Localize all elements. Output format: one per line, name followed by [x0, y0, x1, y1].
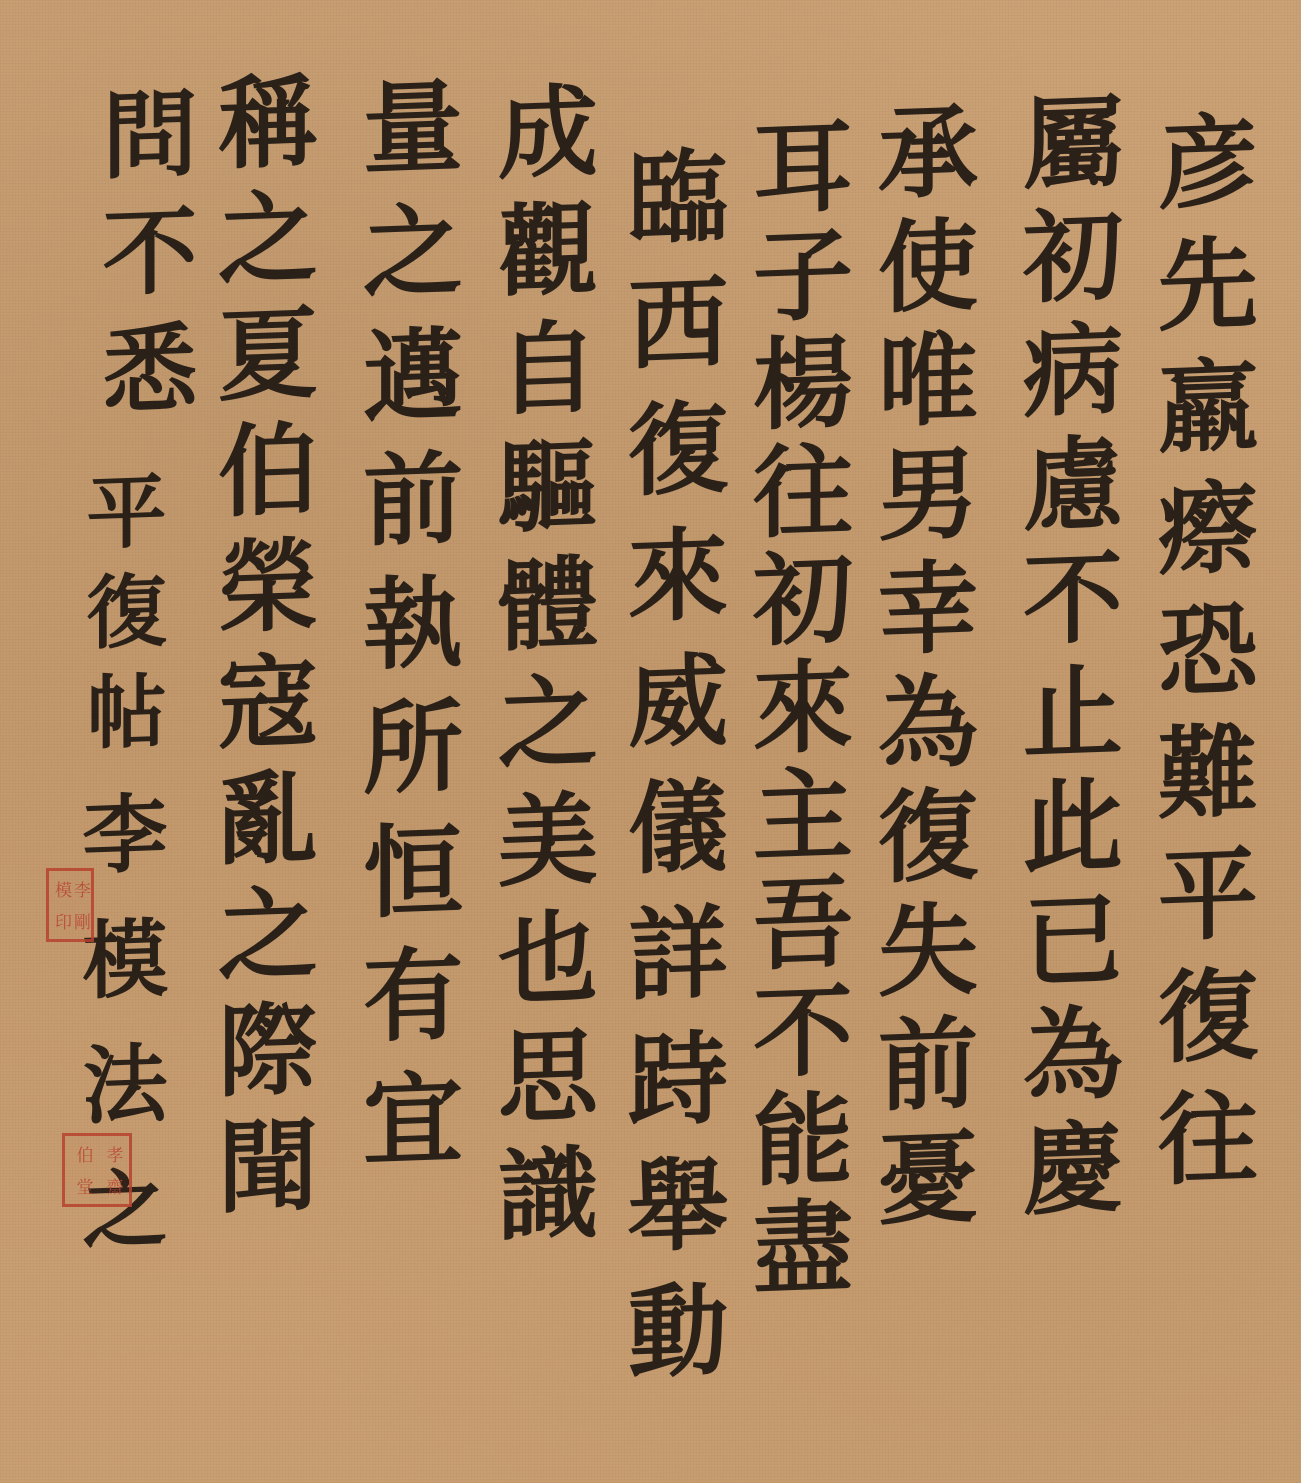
seal-char: 堂 — [74, 1178, 91, 1195]
calligraphy-column-3: 承使唯男幸為復失前憂 — [870, 98, 970, 1241]
calligraphy-column-9: 問不悉 — [95, 83, 190, 437]
calligraphy-column-5: 臨西復來威儀詳跱舉動 — [620, 143, 720, 1406]
calligraphy-column-4: 耳子楊往初來主吾不能盡 — [745, 113, 845, 1304]
seal-char: 孝 — [104, 1146, 121, 1163]
seal-char: 印 — [52, 913, 69, 930]
upper-seal: 李 模 剛 印 — [46, 868, 94, 942]
seal-char: 李 — [71, 881, 88, 898]
seal-char: 伯 — [74, 1146, 91, 1163]
calligraphy-column-2: 屬初病慮不止此已為慶 — [1015, 88, 1115, 1231]
lower-seal: 孝 伯 齋 堂 — [62, 1133, 132, 1207]
calligraphy-column-7: 量之邁前執所恒有宜 — [355, 73, 455, 1192]
signature: 李模法之 — [75, 789, 160, 1292]
seal-char: 模 — [52, 881, 69, 898]
seal-char: 剛 — [71, 913, 88, 930]
title-inscription: 平復帖 — [80, 469, 160, 772]
seal-char: 齋 — [104, 1178, 121, 1195]
calligraphy-column-8: 稱之夏伯榮寇亂之際聞 — [210, 68, 310, 1231]
calligraphy-column-1: 彦先羸瘵恐難平復往 — [1150, 108, 1250, 1209]
calligraphy-column-6: 成觀自驅體之美也思識 — [490, 78, 590, 1261]
